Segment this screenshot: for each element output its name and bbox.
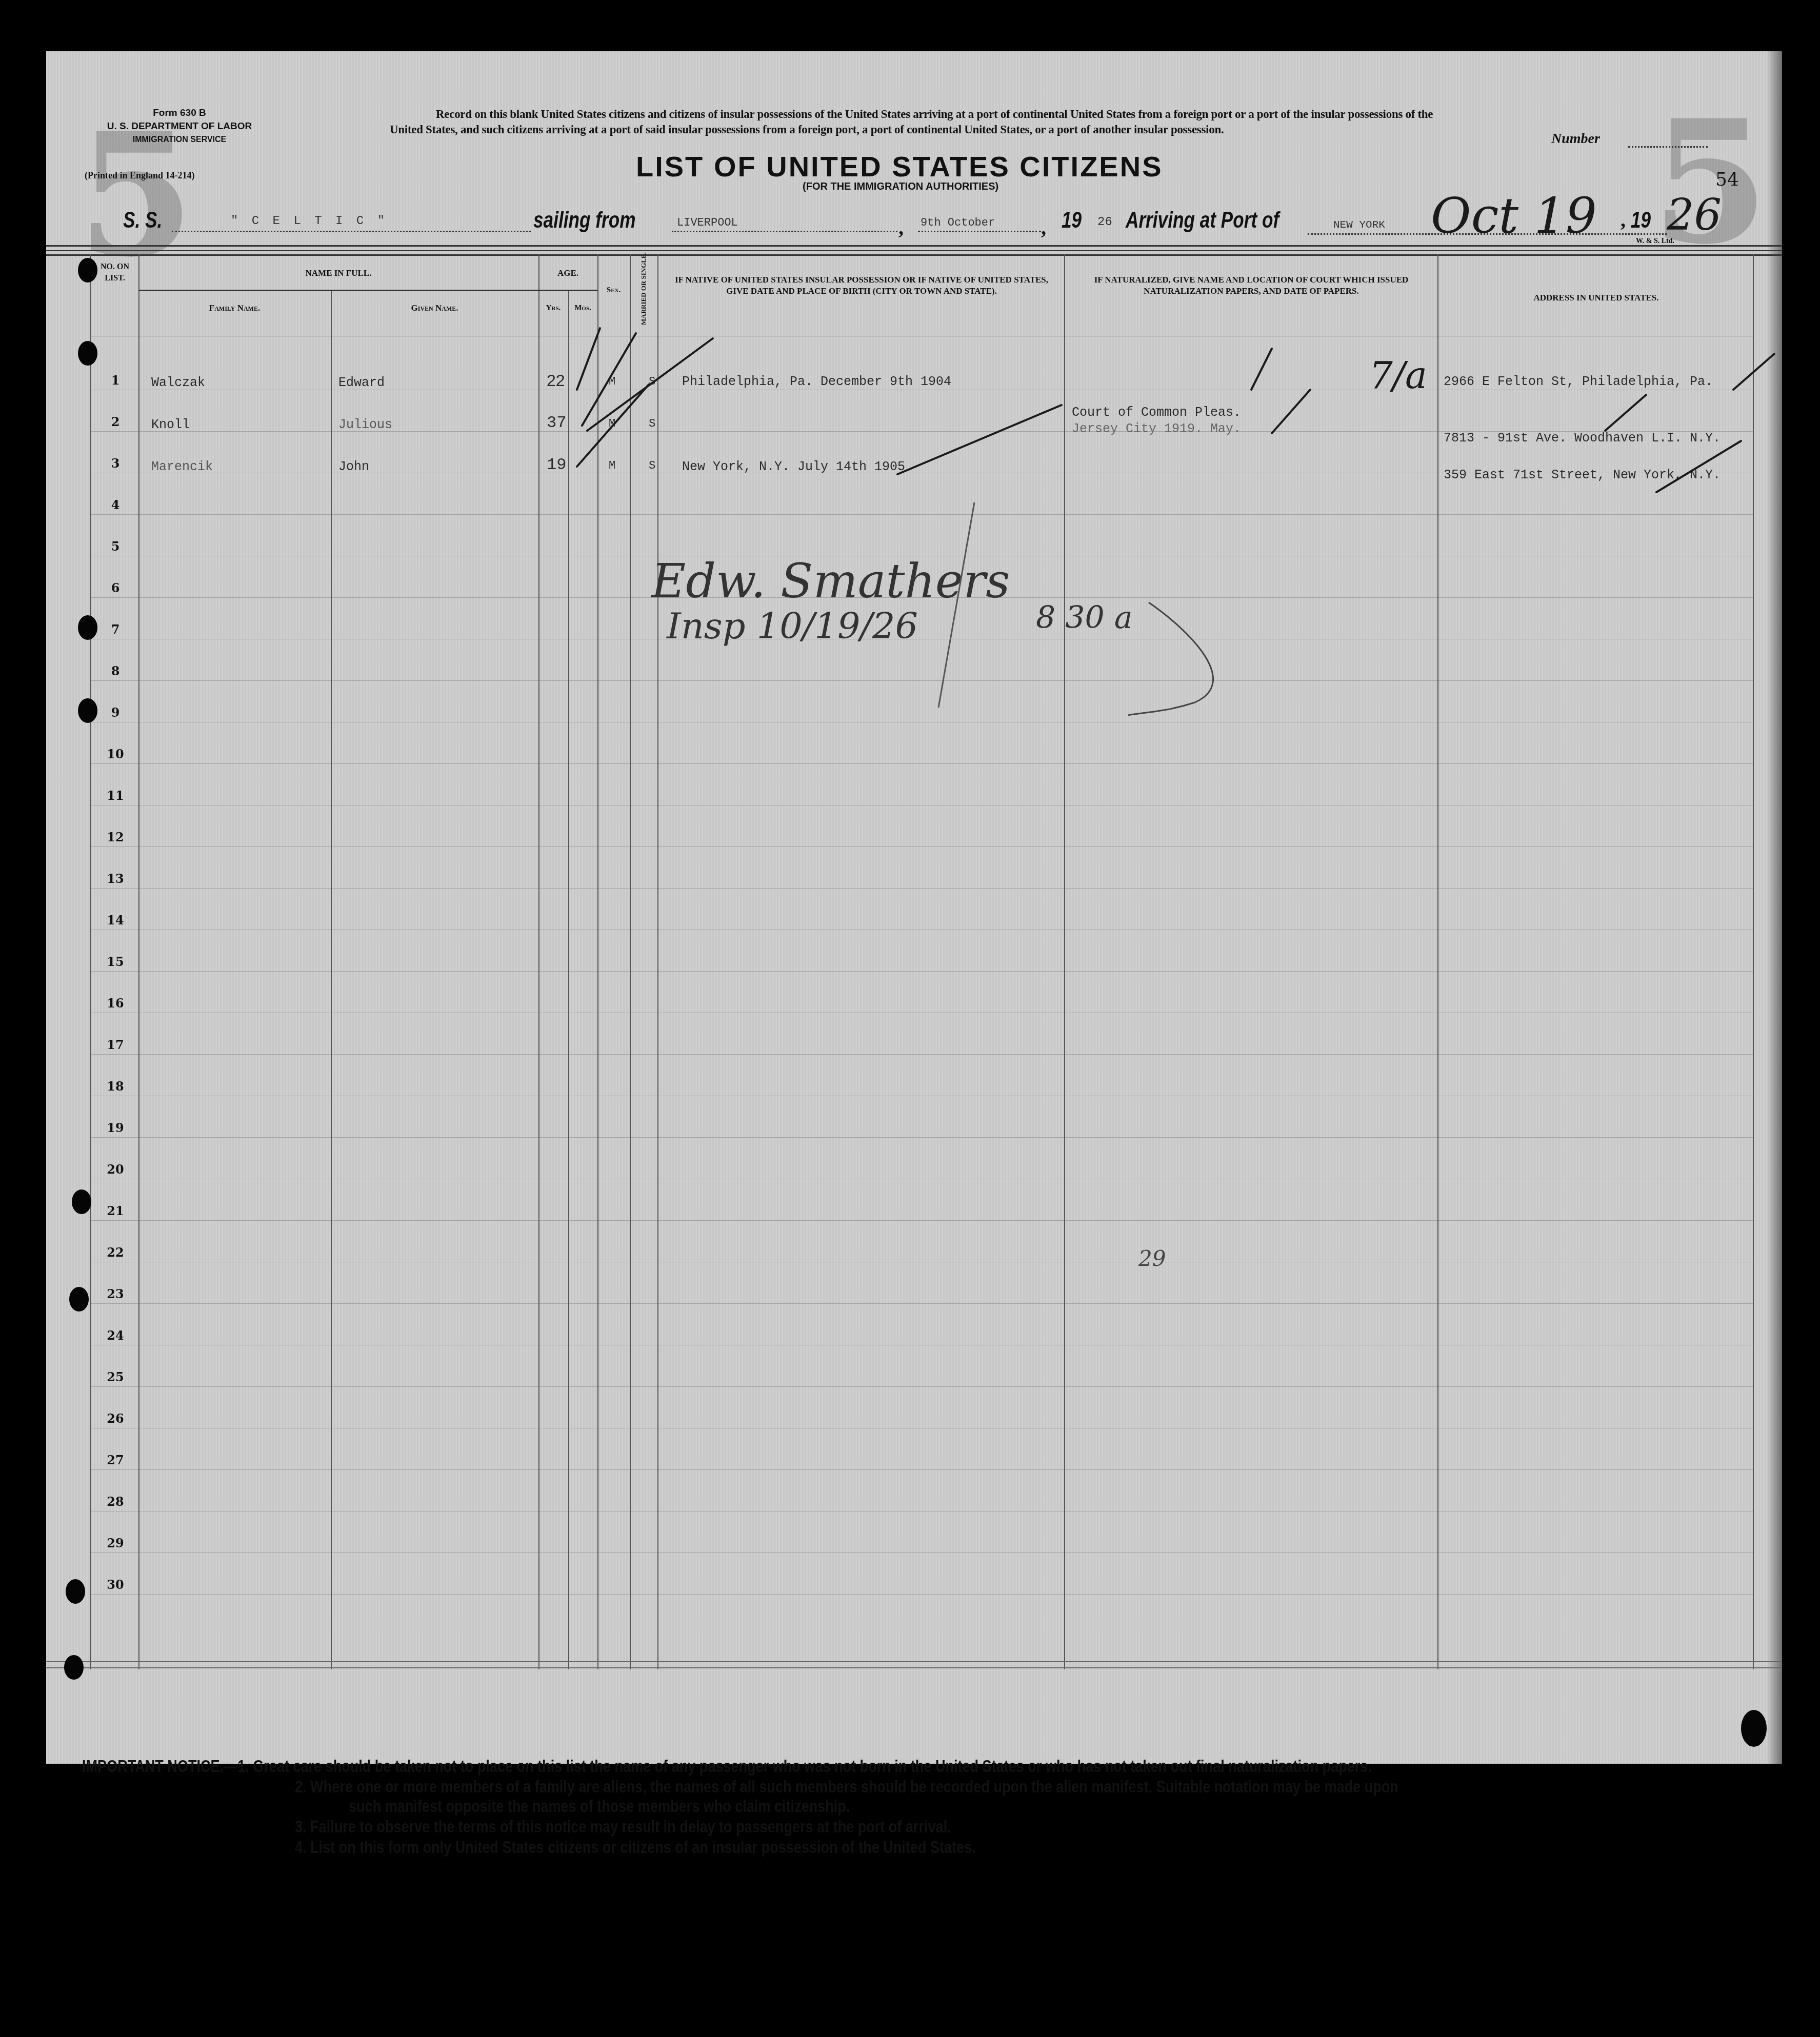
punch-hole — [72, 1189, 91, 1214]
stray-pencil-mark: 29 — [1138, 1246, 1166, 1271]
table-bottom-rule-2 — [46, 1667, 1782, 1668]
notice-item-2: 2. Where one or more members of a family… — [295, 1777, 1398, 1797]
notice-label: IMPORTANT NOTICE.— — [82, 1757, 237, 1776]
punch-hole — [1741, 1710, 1767, 1747]
punch-hole — [69, 1287, 89, 1312]
punch-hole — [78, 341, 97, 366]
punch-hole — [64, 1655, 84, 1680]
table-bottom-rule — [46, 1661, 1782, 1662]
punch-hole — [66, 1579, 85, 1604]
punch-hole — [78, 698, 97, 723]
punch-hole — [78, 615, 97, 640]
notice-item-2-cont: such manifest opposite the names of thos… — [349, 1796, 850, 1817]
signature-flourish — [0, 0, 1820, 2037]
important-notice: IMPORTANT NOTICE.—1. Great care should b… — [82, 1756, 1372, 1777]
notice-item-3: 3. Failure to observe the terms of this … — [295, 1817, 951, 1837]
notice-item-1: 1. Great care should be taken not to pla… — [237, 1757, 1372, 1776]
punch-hole — [78, 258, 97, 283]
notice-item-4: 4. List on this form only United States … — [295, 1837, 976, 1858]
